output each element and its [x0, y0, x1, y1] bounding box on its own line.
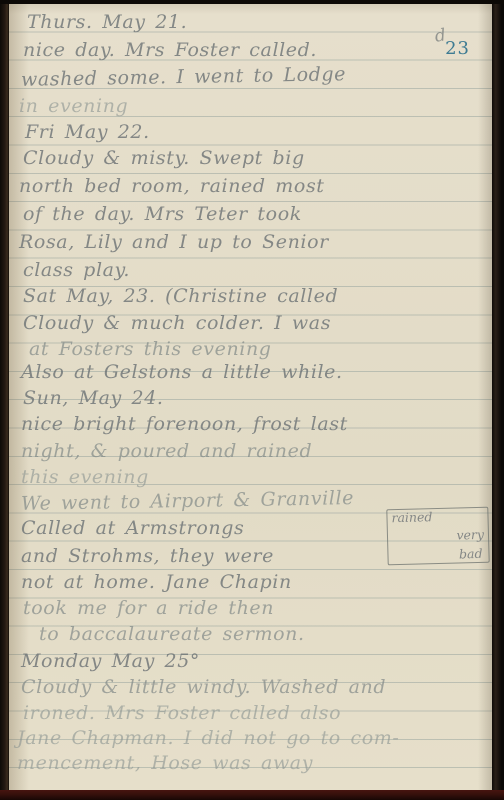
diary-line: Rosa, Lily and I up to Senior — [19, 232, 329, 253]
margin-note-line: rained — [391, 511, 432, 525]
diary-line: Thurs. May 21. — [27, 12, 187, 33]
diary-line: in evening — [19, 96, 128, 117]
diary-line: class play. — [23, 260, 130, 281]
photo-top-edge — [0, 0, 504, 4]
diary-line: this evening — [21, 467, 149, 488]
margin-note-line: bad — [459, 547, 485, 560]
diary-line: nice bright forenoon, frost last — [21, 414, 348, 435]
diary-line: Monday May 25° — [21, 651, 200, 672]
book-binding-left-edge — [0, 0, 9, 800]
diary-line: Sun, May 24. — [23, 388, 164, 409]
diary-line: took me for a ride then — [23, 598, 274, 619]
diary-line: Fri May 22. — [25, 122, 150, 143]
diary-line: ironed. Mrs Foster called also — [23, 703, 341, 724]
diary-line: north bed room, rained most — [19, 176, 325, 197]
diary-line: Cloudy & little windy. Washed and — [21, 677, 386, 698]
diary-line: of the day. Mrs Teter took — [23, 204, 302, 225]
diary-line: Sat May, 23. (Christine called — [23, 286, 338, 307]
diary-line: and Strohms, they were — [21, 546, 274, 567]
diary-line: night, & poured and rained — [21, 441, 312, 462]
diary-line: at Fosters this evening — [29, 339, 272, 360]
page-stack-right-edge — [492, 0, 504, 800]
diary-line: We went to Airport & Granville — [21, 488, 354, 515]
margin-note-box: rained very bad — [386, 507, 489, 566]
diary-line: Also at Gelstons a little while. — [21, 362, 343, 383]
diary-line: Jane Chapman. I did not go to com- — [17, 728, 399, 749]
diary-page: d 23 Thurs. May 21. nice day. Mrs Foster… — [9, 4, 492, 791]
diary-line: Called at Armstrongs — [21, 518, 244, 539]
book-cover-bottom-edge — [0, 790, 504, 800]
diary-line: to baccalaureate sermon. — [39, 624, 305, 645]
diary-line: nice day. Mrs Foster called. — [23, 40, 317, 61]
printed-page-number: 23 — [445, 40, 470, 58]
diary-line: not at home. Jane Chapin — [21, 572, 292, 593]
diary-line: Cloudy & misty. Swept big — [23, 148, 305, 169]
diary-line: washed some. I went to Lodge — [21, 64, 346, 91]
diary-line: Cloudy & much colder. I was — [23, 313, 331, 334]
margin-note-line: very — [456, 529, 484, 542]
diary-line: mencement, Hose was away — [17, 753, 313, 774]
